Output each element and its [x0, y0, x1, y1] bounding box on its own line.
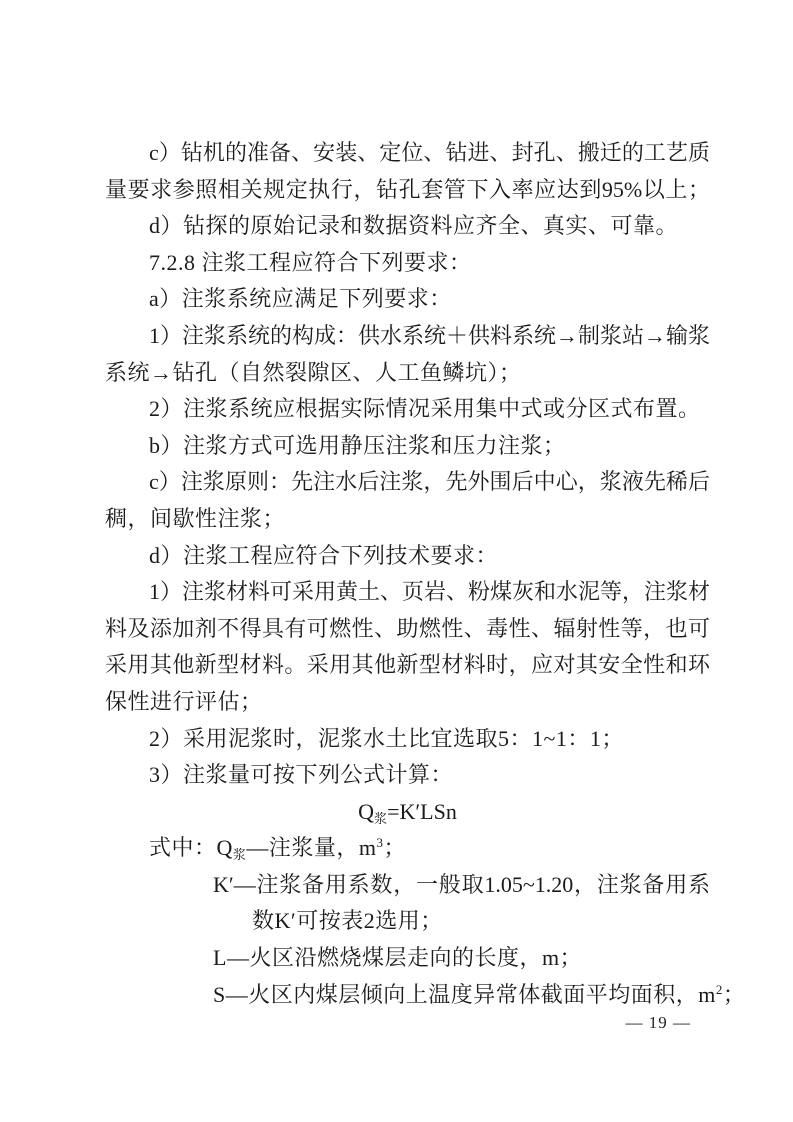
formula-line: Q浆=K′LSn — [105, 794, 710, 831]
page-footer: — 19 — — [0, 1008, 793, 1038]
text-line: 数K′可按表2选用； — [105, 903, 710, 940]
text-block: c）钻机的准备、安装、定位、钻进、封孔、搬迁的工艺质量要求参照相关规定执行，钻孔… — [105, 135, 710, 1013]
text-line: c）注浆原则：先注水后注浆，先外围后中心，浆液先稀后 — [105, 464, 710, 501]
text-line: d）钻探的原始记录和数据资料应齐全、真实、可靠。 — [105, 208, 710, 245]
text-line: L—火区沿燃烧煤层走向的长度，m； — [105, 940, 710, 977]
text-line: 3）注浆量可按下列公式计算： — [105, 757, 710, 794]
text-line: 料及添加剂不得具有可燃性、助燃性、毒性、辐射性等，也可 — [105, 611, 710, 648]
text-line: b）注浆方式可选用静压注浆和压力注浆； — [105, 428, 710, 465]
text-line: a）注浆系统应满足下列要求： — [105, 281, 710, 318]
text-line: 系统→钻孔（自然裂隙区、人工鱼鳞坑）； — [105, 355, 710, 392]
text-line: 稠，间歇性注浆； — [105, 501, 710, 538]
text-line: 保性进行评估； — [105, 684, 710, 721]
text-line: 7.2.8 注浆工程应符合下列要求： — [105, 245, 710, 282]
text-line: 量要求参照相关规定执行，钻孔套管下入率应达到95%以上； — [105, 172, 710, 209]
text-line: 采用其他新型材料。采用其他新型材料时，应对其安全性和环 — [105, 647, 710, 684]
text-line: 1）注浆系统的构成：供水系统＋供料系统→制浆站→输浆 — [105, 318, 710, 355]
document-page: c）钻机的准备、安装、定位、钻进、封孔、搬迁的工艺质量要求参照相关规定执行，钻孔… — [0, 0, 793, 1122]
text-line: 1）注浆材料可采用黄土、页岩、粉煤灰和水泥等，注浆材 — [105, 574, 710, 611]
text-line: K′—注浆备用系数，一般取1.05~1.20，注浆备用系 — [105, 867, 710, 904]
page-number: — 19 — — [626, 1008, 793, 1038]
text-line: 式中：Q浆—注浆量，m3； — [105, 830, 710, 867]
text-line: 2）采用泥浆时，泥浆水土比宜选取5：1~1：1； — [105, 721, 710, 758]
text-line: d）注浆工程应符合下列技术要求： — [105, 538, 710, 575]
text-line: c）钻机的准备、安装、定位、钻进、封孔、搬迁的工艺质 — [105, 135, 710, 172]
text-line: 2）注浆系统应根据实际情况采用集中式或分区式布置。 — [105, 391, 710, 428]
